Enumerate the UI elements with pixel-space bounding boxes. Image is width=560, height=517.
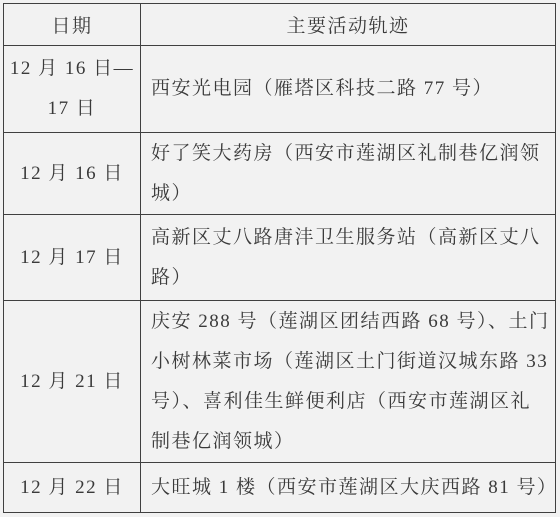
date-cell: 12 月 22 日 [4,463,141,513]
date-cell: 12 月 16 日— 17 日 [4,46,141,133]
activity-cell: 大旺城 1 楼（西安市莲湖区大庆西路 81 号） [141,463,556,513]
activity-cell: 好了笑大药房（西安市莲湖区礼制巷亿润领城） [141,133,556,215]
date-cell: 12 月 16 日 [4,133,141,215]
activity-column-header: 主要活动轨迹 [141,4,556,46]
header-row: 日期 主要活动轨迹 [4,4,556,46]
table-row: 12 月 22 日 大旺城 1 楼（西安市莲湖区大庆西路 81 号） [4,463,556,513]
activity-trajectory-table: 日期 主要活动轨迹 12 月 16 日— 17 日 西安光电园（雁塔区科技二路 … [3,3,556,513]
table-row: 12 月 17 日 高新区丈八路唐沣卫生服务站（高新区丈八路） [4,215,556,301]
date-cell: 12 月 21 日 [4,301,141,463]
date-column-header: 日期 [4,4,141,46]
table-row: 12 月 21 日 庆安 288 号（莲湖区团结西路 68 号）、土门小树林菜市… [4,301,556,463]
table-row: 12 月 16 日— 17 日 西安光电园（雁塔区科技二路 77 号） [4,46,556,133]
date-cell: 12 月 17 日 [4,215,141,301]
activity-cell: 高新区丈八路唐沣卫生服务站（高新区丈八路） [141,215,556,301]
document-page: 日期 主要活动轨迹 12 月 16 日— 17 日 西安光电园（雁塔区科技二路 … [0,0,560,517]
activity-cell: 庆安 288 号（莲湖区团结西路 68 号）、土门小树林菜市场（莲湖区土门街道汉… [141,301,556,463]
table-row: 12 月 16 日 好了笑大药房（西安市莲湖区礼制巷亿润领城） [4,133,556,215]
activity-cell: 西安光电园（雁塔区科技二路 77 号） [141,46,556,133]
